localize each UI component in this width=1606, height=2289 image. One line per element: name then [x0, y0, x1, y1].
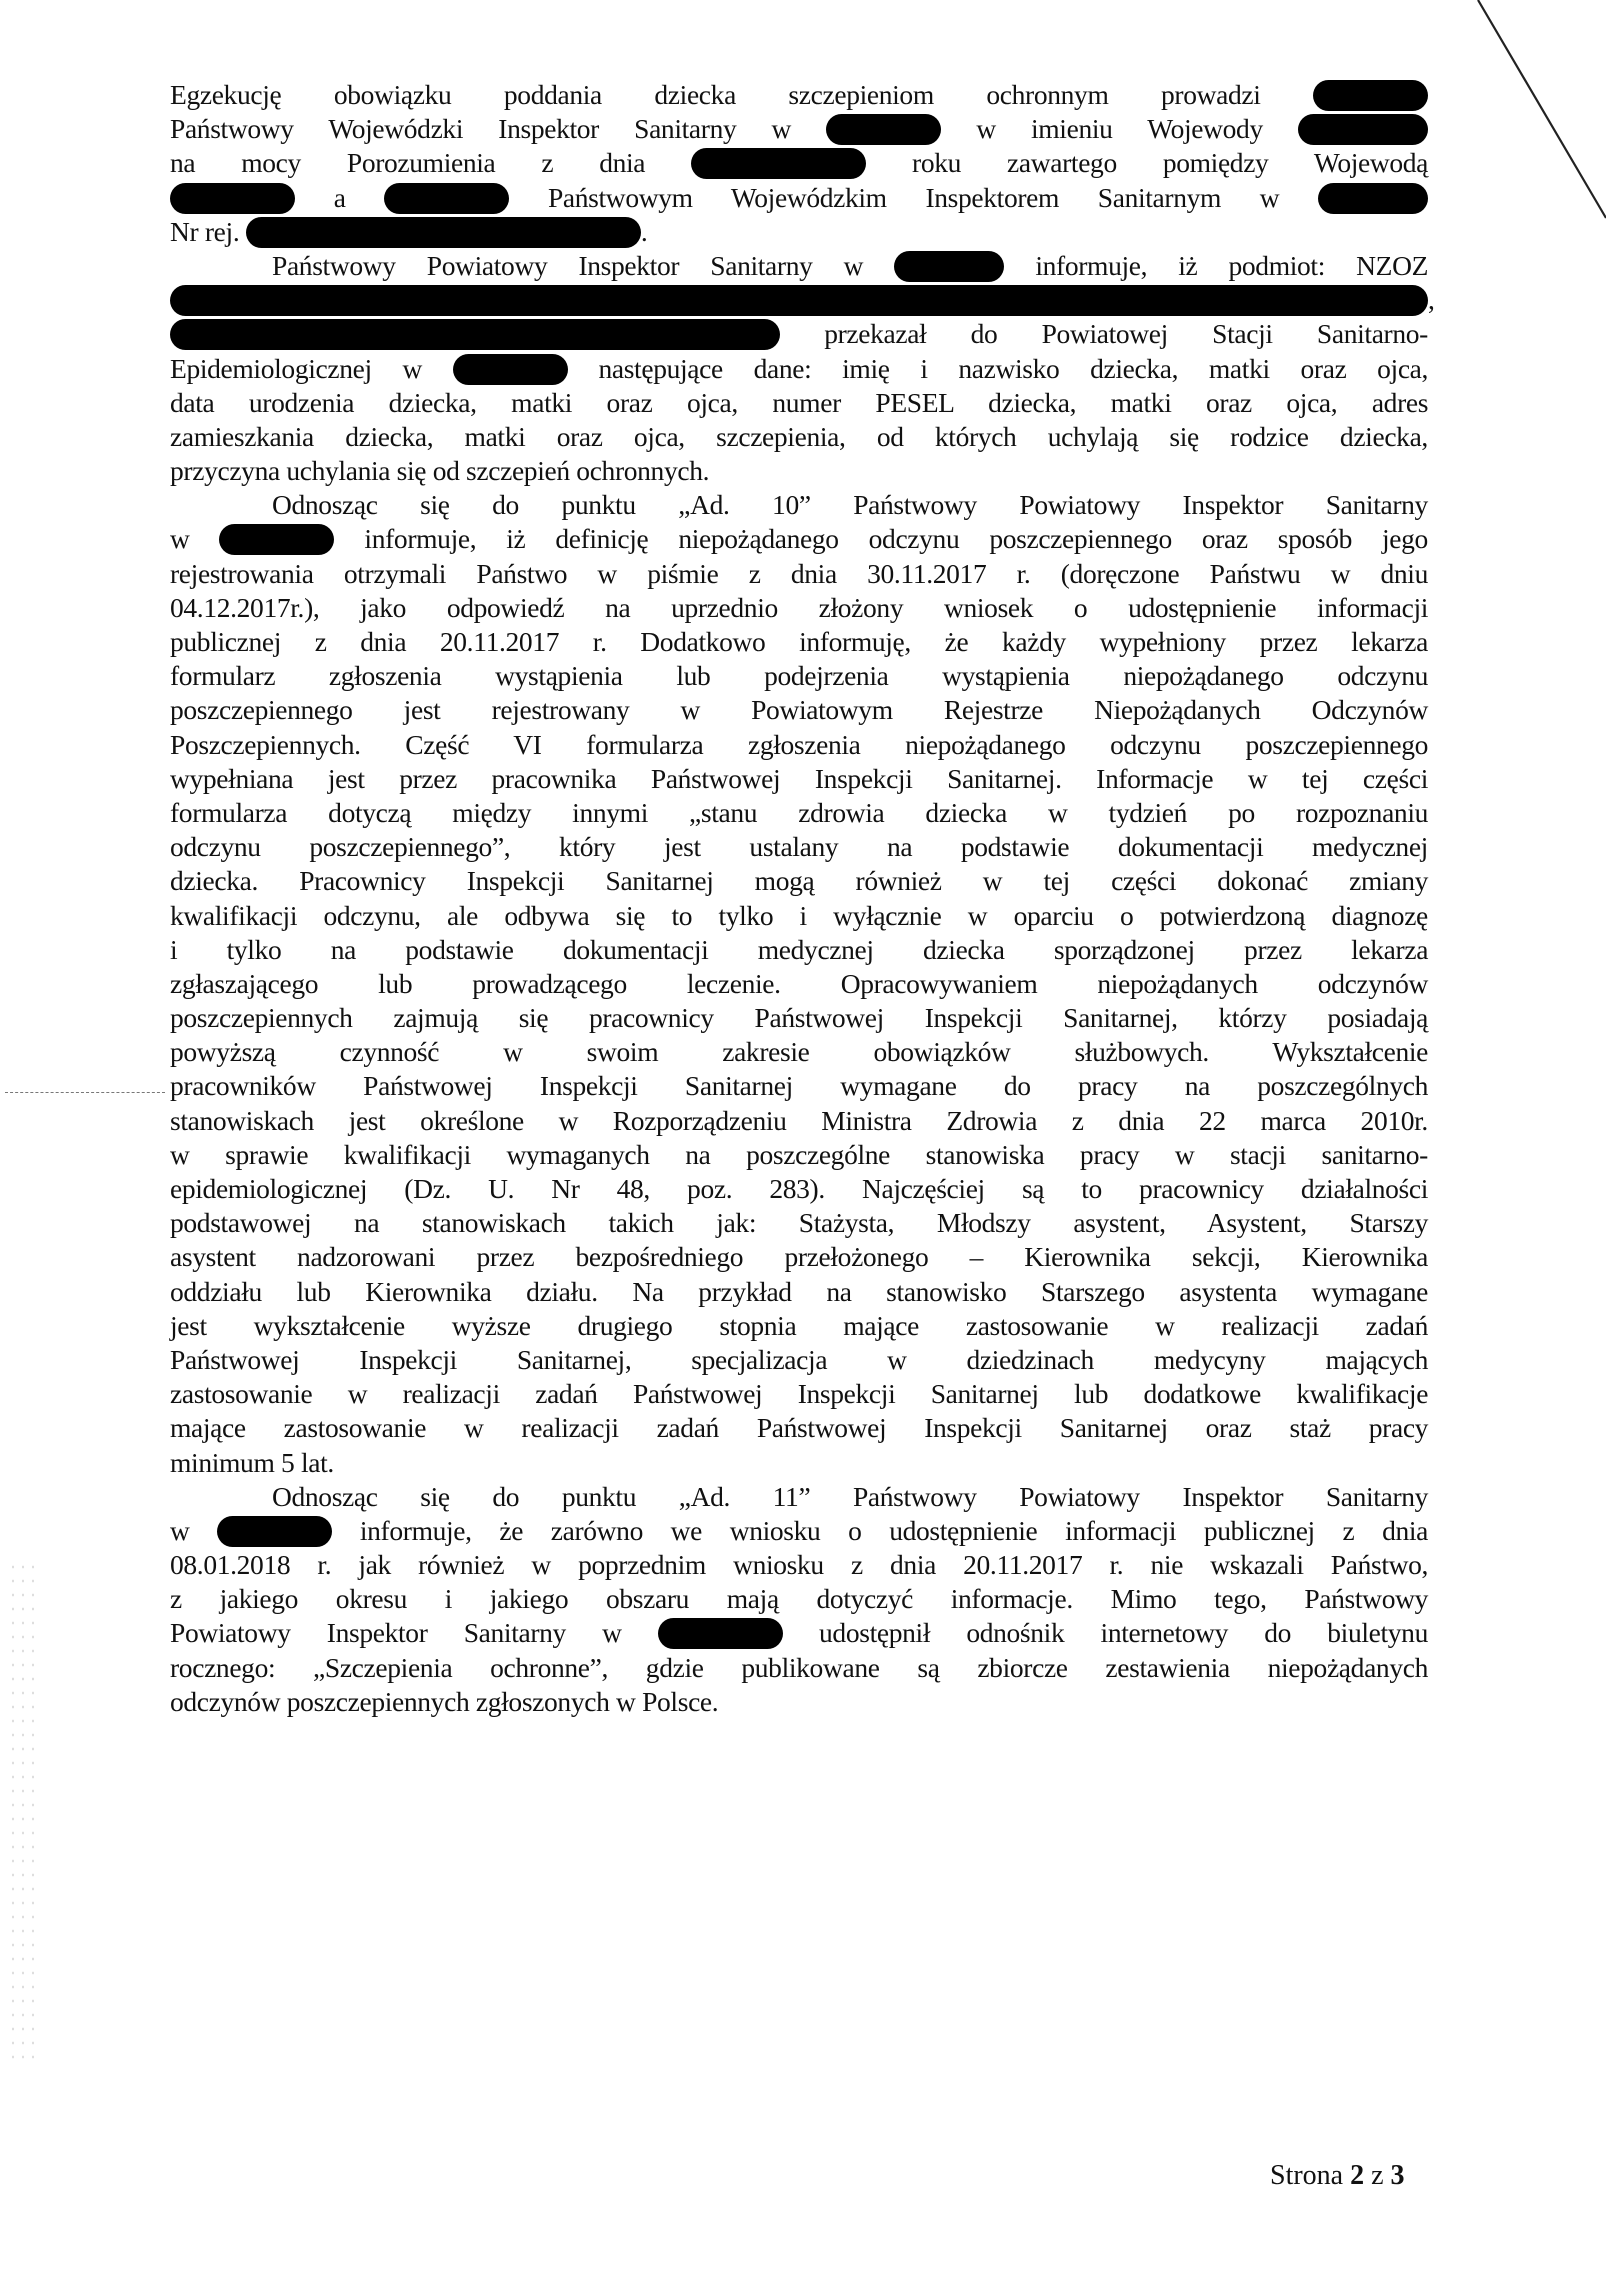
- paragraph-p4: Odnosząc się do punktu „Ad. 11” Państwow…: [170, 1480, 1428, 1719]
- redaction-block: [826, 114, 941, 145]
- text-line: zamieszkania dziecka, matki oraz ojca, s…: [170, 420, 1428, 454]
- text-line: rocznego: „Szczepienia ochronne”, gdzie …: [170, 1651, 1428, 1685]
- text-line: minimum 5 lat.: [170, 1446, 1428, 1480]
- margin-scan-mark: [5, 1092, 165, 1093]
- margin-scan-noise: [8, 1560, 38, 2060]
- text-line: w sprawie kwalifikacji wymaganych na pos…: [170, 1138, 1428, 1172]
- text-line: Nr rej. .: [170, 215, 1428, 249]
- text-line: jest wykształcenie wyższe drugiego stopn…: [170, 1309, 1428, 1343]
- paragraph-p2: Państwowy Powiatowy Inspektor Sanitarny …: [170, 249, 1428, 488]
- text-line: Państwowy Wojewódzki Inspektor Sanitarny…: [170, 112, 1428, 146]
- text-line: Państwowy Powiatowy Inspektor Sanitarny …: [170, 249, 1428, 283]
- redaction-block: [246, 217, 641, 248]
- page-footer: Strona 2 z 3: [1270, 2160, 1405, 2192]
- text-line: Poszczepiennych. Część VI formularza zgł…: [170, 728, 1428, 762]
- text-line: data urodzenia dziecka, matki oraz ojca,…: [170, 386, 1428, 420]
- redaction-block: [691, 148, 866, 179]
- text-line: Powiatowy Inspektor Sanitarny w udostępn…: [170, 1616, 1428, 1650]
- redaction-block: [453, 354, 568, 385]
- text-line: podstawowej na stanowiskach takich jak: …: [170, 1206, 1428, 1240]
- text-line: z jakiego okresu i jakiego obszaru mają …: [170, 1582, 1428, 1616]
- redaction-block: [217, 1516, 332, 1547]
- text-line: ,: [170, 283, 1428, 317]
- document-page: Egzekucję obowiązku poddania dziecka szc…: [0, 0, 1606, 2289]
- text-line: przekazał do Powiatowej Stacji Sanitarno…: [170, 317, 1428, 351]
- text-line: wypełniana jest przez pracownika Państwo…: [170, 762, 1428, 796]
- redaction-block: [1318, 183, 1428, 214]
- text-line: odczynu poszczepiennego”, który jest ust…: [170, 830, 1428, 864]
- redaction-block: [658, 1618, 783, 1649]
- text-line: odczynów poszczepiennych zgłoszonych w P…: [170, 1685, 1428, 1719]
- page-label: Strona: [1270, 2160, 1343, 2191]
- redaction-block: [1298, 114, 1428, 145]
- text-line: Odnosząc się do punktu „Ad. 11” Państwow…: [170, 1480, 1428, 1514]
- text-line: dziecka. Pracownicy Inspekcji Sanitarnej…: [170, 864, 1428, 898]
- text-line: pracowników Państwowej Inspekcji Sanitar…: [170, 1069, 1428, 1103]
- current-page-number: 2: [1350, 2160, 1364, 2191]
- text-line: 04.12.2017r.), jako odpowiedź na uprzedn…: [170, 591, 1428, 625]
- text-line: zgłaszającego lub prowadzącego leczenie.…: [170, 967, 1428, 1001]
- text-line: 08.01.2018 r. jak również w poprzednim w…: [170, 1548, 1428, 1582]
- text-line: kwalifikacji odczynu, ale odbywa się to …: [170, 899, 1428, 933]
- page-separator: z: [1371, 2160, 1383, 2191]
- total-pages-number: 3: [1391, 2160, 1405, 2191]
- text-line: mające zastosowanie w realizacji zadań P…: [170, 1411, 1428, 1445]
- text-line: Epidemiologicznej w następujące dane: im…: [170, 352, 1428, 386]
- text-line: na mocy Porozumienia z dnia roku zawarte…: [170, 146, 1428, 180]
- redaction-block: [384, 183, 509, 214]
- text-line: Odnosząc się do punktu „Ad. 10” Państwow…: [170, 488, 1428, 522]
- paragraph-p1: Egzekucję obowiązku poddania dziecka szc…: [170, 78, 1428, 249]
- text-line: poszczepiennego jest rejestrowany w Powi…: [170, 693, 1428, 727]
- text-line: przyczyna uchylania się od szczepień och…: [170, 454, 1428, 488]
- text-line: formularza dotyczą między innymi „stanu …: [170, 796, 1428, 830]
- redaction-block: [170, 183, 295, 214]
- text-line: powyższą czynność w swoim zakresie obowi…: [170, 1035, 1428, 1069]
- text-line: rejestrowania otrzymali Państwo w piśmie…: [170, 557, 1428, 591]
- text-line: w informuje, że zarówno we wniosku o udo…: [170, 1514, 1428, 1548]
- text-line: Egzekucję obowiązku poddania dziecka szc…: [170, 78, 1428, 112]
- redaction-block: [1313, 80, 1428, 111]
- text-line: i tylko na podstawie dokumentacji medycz…: [170, 933, 1428, 967]
- text-line: w informuje, iż definicję niepożądanego …: [170, 522, 1428, 556]
- text-line: stanowiskach jest określone w Rozporządz…: [170, 1104, 1428, 1138]
- text-line: Państwowej Inspekcji Sanitarnej, specjal…: [170, 1343, 1428, 1377]
- letter-body: Egzekucję obowiązku poddania dziecka szc…: [170, 78, 1428, 1719]
- redaction-block: [894, 251, 1004, 282]
- text-line: publicznej z dnia 20.11.2017 r. Dodatkow…: [170, 625, 1428, 659]
- text-line: asystent nadzorowani przez bezpośrednieg…: [170, 1240, 1428, 1274]
- text-line: epidemiologicznej (Dz. U. Nr 48, poz. 28…: [170, 1172, 1428, 1206]
- redaction-block: [219, 524, 334, 555]
- redaction-block: [170, 319, 780, 350]
- text-line: formularz zgłoszenia wystąpienia lub pod…: [170, 659, 1428, 693]
- text-line: zastosowanie w realizacji zadań Państwow…: [170, 1377, 1428, 1411]
- redaction-block: [170, 285, 1428, 316]
- text-line: oddziału lub Kierownika działu. Na przyk…: [170, 1275, 1428, 1309]
- paragraph-p3: Odnosząc się do punktu „Ad. 10” Państwow…: [170, 488, 1428, 1479]
- text-line: a Państwowym Wojewódzkim Inspektorem San…: [170, 181, 1428, 215]
- text-line: poszczepiennych zajmują się pracownicy P…: [170, 1001, 1428, 1035]
